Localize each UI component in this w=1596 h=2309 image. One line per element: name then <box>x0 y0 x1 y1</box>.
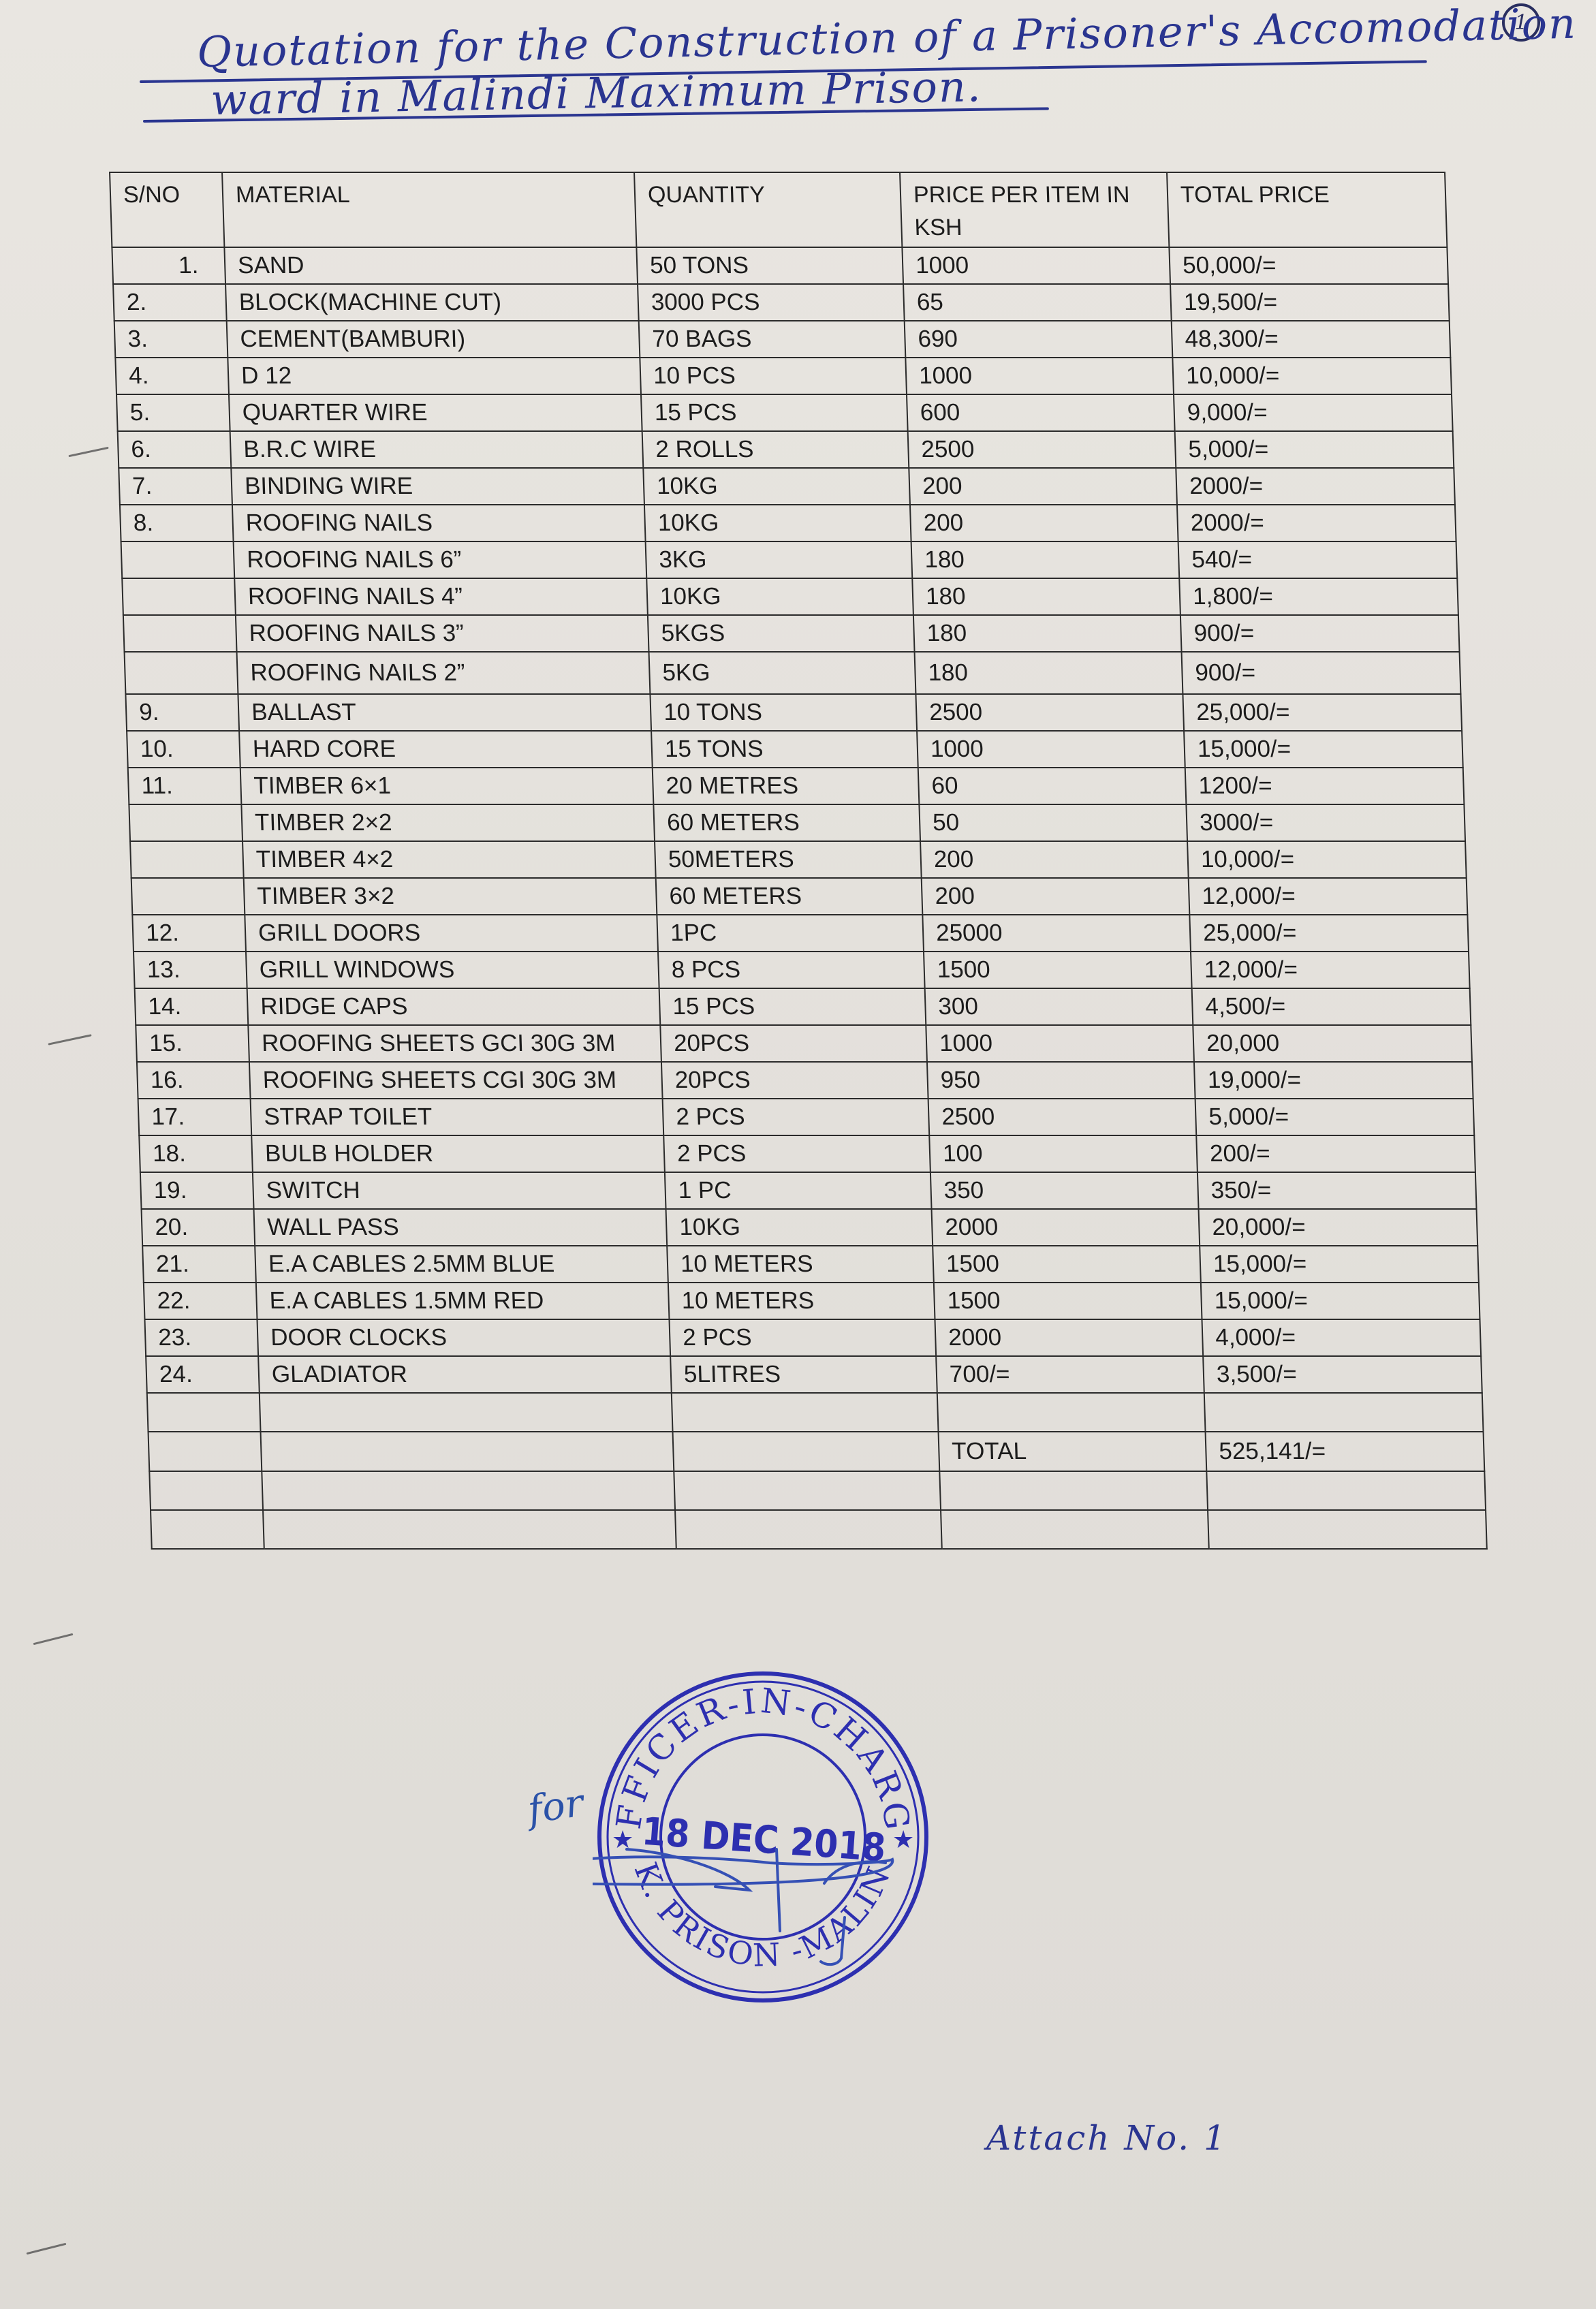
attachment-note: Attach No. 1 <box>986 2118 1227 2158</box>
table-row: 18.BULB HOLDER2 PCS100200/= <box>139 1135 1475 1172</box>
quantity-cell: 2 PCS <box>669 1319 936 1356</box>
quantity-cell: 15 PCS <box>641 394 908 431</box>
quantity-cell: 10KG <box>644 505 911 541</box>
table-row: 12.GRILL DOORS1PC2500025,000/= <box>132 915 1469 952</box>
table-row: 15.ROOFING SHEETS GCI 30G 3M20PCS100020,… <box>136 1025 1472 1062</box>
material-cell: GRILL WINDOWS <box>246 952 659 988</box>
table-row: TIMBER 3×260 METERS20012,000/= <box>131 878 1468 915</box>
price-cell: 1000 <box>917 731 1185 768</box>
material-cell: GRILL DOORS <box>245 915 658 952</box>
material-cell: ROOFING SHEETS GCI 30G 3M <box>248 1025 661 1062</box>
total-price-cell: 3,500/= <box>1203 1356 1482 1393</box>
quantity-cell: 3000 PCS <box>638 284 905 321</box>
total-price-cell: 1200/= <box>1185 768 1465 804</box>
material-cell: ROOFING SHEETS CGI 30G 3M <box>249 1062 663 1099</box>
total-price-cell: 25,000/= <box>1189 915 1469 952</box>
total-price-cell: 20,000/= <box>1199 1209 1478 1246</box>
price-cell: 200 <box>920 841 1189 878</box>
total-price-cell: 9,000/= <box>1174 394 1453 431</box>
material-cell: ROOFING NAILS 6” <box>234 541 647 578</box>
handwritten-for-note: for <box>525 1781 586 1833</box>
total-price-cell: 10,000/= <box>1187 841 1467 878</box>
quantity-cell: 5KG <box>649 652 916 694</box>
material-cell: TIMBER 4×2 <box>242 841 656 878</box>
material-cell: STRAP TOILET <box>251 1099 664 1135</box>
material-cell: ROOFING NAILS 4” <box>234 578 648 615</box>
total-price-cell: 3000/= <box>1186 804 1465 841</box>
material-cell: DOOR CLOCKS <box>257 1319 670 1356</box>
price-cell: 1500 <box>934 1283 1202 1319</box>
sno-cell: 1. <box>112 247 225 284</box>
stamp-top-text: OFFICER-IN-CHARGE <box>593 1659 918 1834</box>
quantity-cell: 60 METERS <box>656 878 923 915</box>
sno-cell: 5. <box>116 394 230 431</box>
material-cell: WALL PASS <box>254 1209 668 1246</box>
material-cell: ROOFING NAILS <box>232 505 646 541</box>
sno-cell: 20. <box>142 1209 255 1246</box>
sno-cell: 3. <box>114 321 228 358</box>
total-price-cell: 20,000 <box>1193 1025 1472 1062</box>
sno-cell: 14. <box>135 988 249 1025</box>
quantity-cell: 8 PCS <box>658 952 925 988</box>
quantity-cell: 10 PCS <box>640 358 907 394</box>
table-row: 21.E.A CABLES 2.5MM BLUE10 METERS150015,… <box>142 1246 1479 1283</box>
material-cell: HARD CORE <box>239 731 653 768</box>
price-cell: 1500 <box>924 952 1192 988</box>
table-row: 19.SWITCH1 PC350350/= <box>140 1172 1477 1209</box>
sno-cell: 2. <box>113 284 227 321</box>
header-sno: S/NO <box>110 172 224 247</box>
sno-cell: 13. <box>134 952 247 988</box>
total-price-cell: 25,000/= <box>1183 694 1462 731</box>
quantity-cell: 10 METERS <box>667 1246 934 1283</box>
table-row: TIMBER 4×250METERS20010,000/= <box>130 841 1467 878</box>
price-cell: 25000 <box>922 915 1191 952</box>
header-quantity: QUANTITY <box>634 172 902 247</box>
price-cell: 180 <box>911 541 1180 578</box>
material-cell: SAND <box>224 247 638 284</box>
sno-cell: 22. <box>144 1283 257 1319</box>
quantity-cell: 10 METERS <box>668 1283 935 1319</box>
price-cell: 700/= <box>936 1356 1204 1393</box>
price-cell: 1000 <box>902 247 1170 284</box>
table-row: 22.E.A CABLES 1.5MM RED10 METERS150015,0… <box>144 1283 1480 1319</box>
table-row: 20.WALL PASS10KG200020,000/= <box>142 1209 1478 1246</box>
sno-cell: 24. <box>146 1356 260 1393</box>
quantity-cell: 1 PC <box>665 1172 932 1209</box>
quantity-cell: 15 TONS <box>651 731 918 768</box>
table-row: 14.RIDGE CAPS15 PCS3004,500/= <box>135 988 1471 1025</box>
table-row: 2.BLOCK(MACHINE CUT)3000 PCS6519,500/= <box>113 284 1450 321</box>
quantity-cell: 15 PCS <box>659 988 926 1025</box>
quantity-cell: 20PCS <box>661 1062 928 1099</box>
total-price-cell: 2000/= <box>1177 505 1456 541</box>
price-cell: 2000 <box>935 1319 1203 1356</box>
sno-cell <box>130 841 244 878</box>
table-body: 1.SAND50 TONS100050,000/=2.BLOCK(MACHINE… <box>112 247 1482 1393</box>
sno-cell: 17. <box>138 1099 252 1135</box>
price-cell: 180 <box>915 652 1183 694</box>
price-cell: 200 <box>909 468 1177 505</box>
quantity-cell: 10KG <box>646 578 913 615</box>
total-price-cell: 10,000/= <box>1172 358 1452 394</box>
quantity-cell: 2 PCS <box>663 1135 930 1172</box>
price-cell: 65 <box>903 284 1172 321</box>
material-cell: TIMBER 3×2 <box>244 878 657 915</box>
quantity-cell: 5KGS <box>648 615 915 652</box>
header-material: MATERIAL <box>222 172 636 247</box>
total-price-cell: 15,000/= <box>1201 1283 1480 1319</box>
material-cell: CEMENT(BAMBURI) <box>227 321 640 358</box>
material-cell: QUARTER WIRE <box>229 394 642 431</box>
price-cell: 1500 <box>933 1246 1201 1283</box>
total-price-cell: 540/= <box>1178 541 1458 578</box>
sno-cell <box>121 541 235 578</box>
table-row: 7.BINDING WIRE10KG2002000/= <box>119 468 1455 505</box>
table-row: 23.DOOR CLOCKS2 PCS20004,000/= <box>144 1319 1481 1356</box>
table-row: 5.QUARTER WIRE15 PCS6009,000/= <box>116 394 1453 431</box>
price-cell: 180 <box>913 615 1182 652</box>
material-cell: ROOFING NAILS 2” <box>237 652 651 694</box>
material-cell: GLADIATOR <box>258 1356 672 1393</box>
sno-cell <box>129 804 242 841</box>
quantity-cell: 1PC <box>657 915 924 952</box>
sno-cell <box>122 578 236 615</box>
material-cell: D 12 <box>228 358 641 394</box>
total-row: TOTAL 525,141/= <box>148 1432 1485 1471</box>
blank-row <box>149 1471 1486 1510</box>
table-row: 10.HARD CORE15 TONS100015,000/= <box>127 731 1463 768</box>
blank-row <box>147 1393 1484 1432</box>
price-cell: 100 <box>929 1135 1198 1172</box>
header-price-per-item: PRICE PER ITEM IN KSH <box>900 172 1169 247</box>
quantity-cell: 2 ROLLS <box>642 431 909 468</box>
table-row: ROOFING NAILS 3”5KGS180900/= <box>123 615 1460 652</box>
quantity-cell: 20PCS <box>660 1025 927 1062</box>
total-price-cell: 12,000/= <box>1191 952 1470 988</box>
table-row: 1.SAND50 TONS100050,000/= <box>112 247 1448 284</box>
material-cell: SWITCH <box>253 1172 666 1209</box>
total-price-cell: 50,000/= <box>1169 247 1448 284</box>
quantity-cell: 3KG <box>646 541 913 578</box>
table-row: 16.ROOFING SHEETS CGI 30G 3M20PCS95019,0… <box>137 1062 1473 1099</box>
total-price-cell: 12,000/= <box>1189 878 1468 915</box>
price-cell: 60 <box>918 768 1187 804</box>
sno-cell: 12. <box>132 915 246 952</box>
sno-cell: 8. <box>120 505 234 541</box>
total-price-cell: 4,000/= <box>1202 1319 1481 1356</box>
price-cell: 350 <box>930 1172 1199 1209</box>
total-price-cell: 15,000/= <box>1200 1246 1479 1283</box>
quantity-cell: 5LITRES <box>670 1356 937 1393</box>
table-row: 6.B.R.C WIRE2 ROLLS25005,000/= <box>118 431 1454 468</box>
table-row: 9.BALLAST10 TONS250025,000/= <box>125 694 1462 731</box>
sno-cell: 10. <box>127 731 240 768</box>
sno-cell <box>123 615 237 652</box>
table-row: 13.GRILL WINDOWS8 PCS150012,000/= <box>134 952 1470 988</box>
table-row: 3.CEMENT(BAMBURI)70 BAGS69048,300/= <box>114 321 1451 358</box>
quantity-cell: 10KG <box>643 468 910 505</box>
material-cell: BLOCK(MACHINE CUT) <box>225 284 639 321</box>
blank-row <box>151 1510 1487 1549</box>
total-price-cell: 2000/= <box>1176 468 1455 505</box>
table-row: ROOFING NAILS 2”5KG180900/= <box>125 652 1461 694</box>
price-cell: 2000 <box>932 1209 1200 1246</box>
sno-cell <box>125 652 238 694</box>
table-row: 17.STRAP TOILET2 PCS25005,000/= <box>138 1099 1475 1135</box>
quantity-cell: 20 METRES <box>653 768 920 804</box>
sno-cell: 6. <box>118 431 232 468</box>
price-cell: 2500 <box>928 1099 1197 1135</box>
total-price-cell: 5,000/= <box>1175 431 1454 468</box>
sno-cell: 4. <box>115 358 229 394</box>
table-row: 4.D 1210 PCS100010,000/= <box>115 358 1452 394</box>
total-price-cell: 4,500/= <box>1192 988 1471 1025</box>
total-price-cell: 1,800/= <box>1179 578 1458 615</box>
quantity-cell: 60 METERS <box>653 804 920 841</box>
material-cell: BALLAST <box>238 694 651 731</box>
quantity-cell: 50METERS <box>655 841 922 878</box>
material-cell: BULB HOLDER <box>251 1135 665 1172</box>
table-row: 24.GLADIATOR5LITRES700/=3,500/= <box>146 1356 1482 1393</box>
quantity-cell: 2 PCS <box>663 1099 930 1135</box>
total-price-cell: 15,000/= <box>1184 731 1463 768</box>
quantity-cell: 50 TONS <box>636 247 903 284</box>
quantity-cell: 10KG <box>666 1209 933 1246</box>
price-cell: 2500 <box>908 431 1176 468</box>
total-price-cell: 350/= <box>1198 1172 1477 1209</box>
table-row: 8.ROOFING NAILS10KG2002000/= <box>120 505 1456 541</box>
quantity-cell: 10 TONS <box>650 694 917 731</box>
material-cell: TIMBER 2×2 <box>241 804 655 841</box>
sno-cell: 7. <box>119 468 232 505</box>
table-row: TIMBER 2×260 METERS503000/= <box>129 804 1465 841</box>
table-row: 11.TIMBER 6×120 METRES601200/= <box>128 768 1465 804</box>
table-footer: TOTAL 525,141/= <box>147 1393 1487 1549</box>
total-price-cell: 200/= <box>1196 1135 1475 1172</box>
material-cell: RIDGE CAPS <box>247 988 661 1025</box>
table-row: ROOFING NAILS 6”3KG180540/= <box>121 541 1458 578</box>
material-cell: B.R.C WIRE <box>230 431 644 468</box>
material-cell: ROOFING NAILS 3” <box>236 615 649 652</box>
sno-cell: 9. <box>125 694 239 731</box>
sno-cell: 21. <box>142 1246 256 1283</box>
price-cell: 50 <box>919 804 1187 841</box>
price-cell: 950 <box>927 1062 1195 1099</box>
sno-cell: 11. <box>128 768 242 804</box>
total-price-cell: 19,500/= <box>1170 284 1450 321</box>
price-cell: 200 <box>910 505 1178 541</box>
material-cell: BINDING WIRE <box>231 468 644 505</box>
price-cell: 2500 <box>916 694 1184 731</box>
material-cell: E.A CABLES 2.5MM BLUE <box>255 1246 668 1283</box>
header-total-price: TOTAL PRICE <box>1167 172 1447 247</box>
total-price-cell: 19,000/= <box>1194 1062 1473 1099</box>
price-cell: 1000 <box>905 358 1174 394</box>
price-cell: 180 <box>912 578 1180 615</box>
total-price-cell: 900/= <box>1182 652 1461 694</box>
price-cell: 1000 <box>926 1025 1194 1062</box>
material-cell: TIMBER 6×1 <box>240 768 654 804</box>
price-cell: 300 <box>925 988 1193 1025</box>
stamp-star-right: ★ <box>892 1826 914 1854</box>
quotation-table-container: S/NO MATERIAL QUANTITY PRICE PER ITEM IN… <box>109 172 1486 1550</box>
material-cell: E.A CABLES 1.5MM RED <box>256 1283 670 1319</box>
quotation-table: S/NO MATERIAL QUANTITY PRICE PER ITEM IN… <box>109 172 1488 1550</box>
sno-cell: 15. <box>136 1025 249 1062</box>
sno-cell: 18. <box>139 1135 253 1172</box>
official-stamp: OFFICER-IN-CHARGE G.K. PRISON -MALINDI ★… <box>593 1659 933 2013</box>
sno-cell: 23. <box>144 1319 258 1356</box>
price-cell: 200 <box>922 878 1190 915</box>
total-price-cell: 5,000/= <box>1195 1099 1475 1135</box>
price-cell: 690 <box>905 321 1173 358</box>
table-header-row: S/NO MATERIAL QUANTITY PRICE PER ITEM IN… <box>110 172 1447 247</box>
sno-cell: 16. <box>137 1062 251 1099</box>
grand-total-value: 525,141/= <box>1206 1432 1485 1471</box>
total-price-cell: 48,300/= <box>1172 321 1451 358</box>
quantity-cell: 70 BAGS <box>639 321 906 358</box>
table-row: ROOFING NAILS 4”10KG1801,800/= <box>122 578 1458 615</box>
price-cell: 600 <box>907 394 1175 431</box>
total-price-cell: 900/= <box>1180 615 1460 652</box>
sno-cell <box>131 878 245 915</box>
sno-cell: 19. <box>140 1172 254 1209</box>
total-label: TOTAL <box>939 1432 1207 1471</box>
